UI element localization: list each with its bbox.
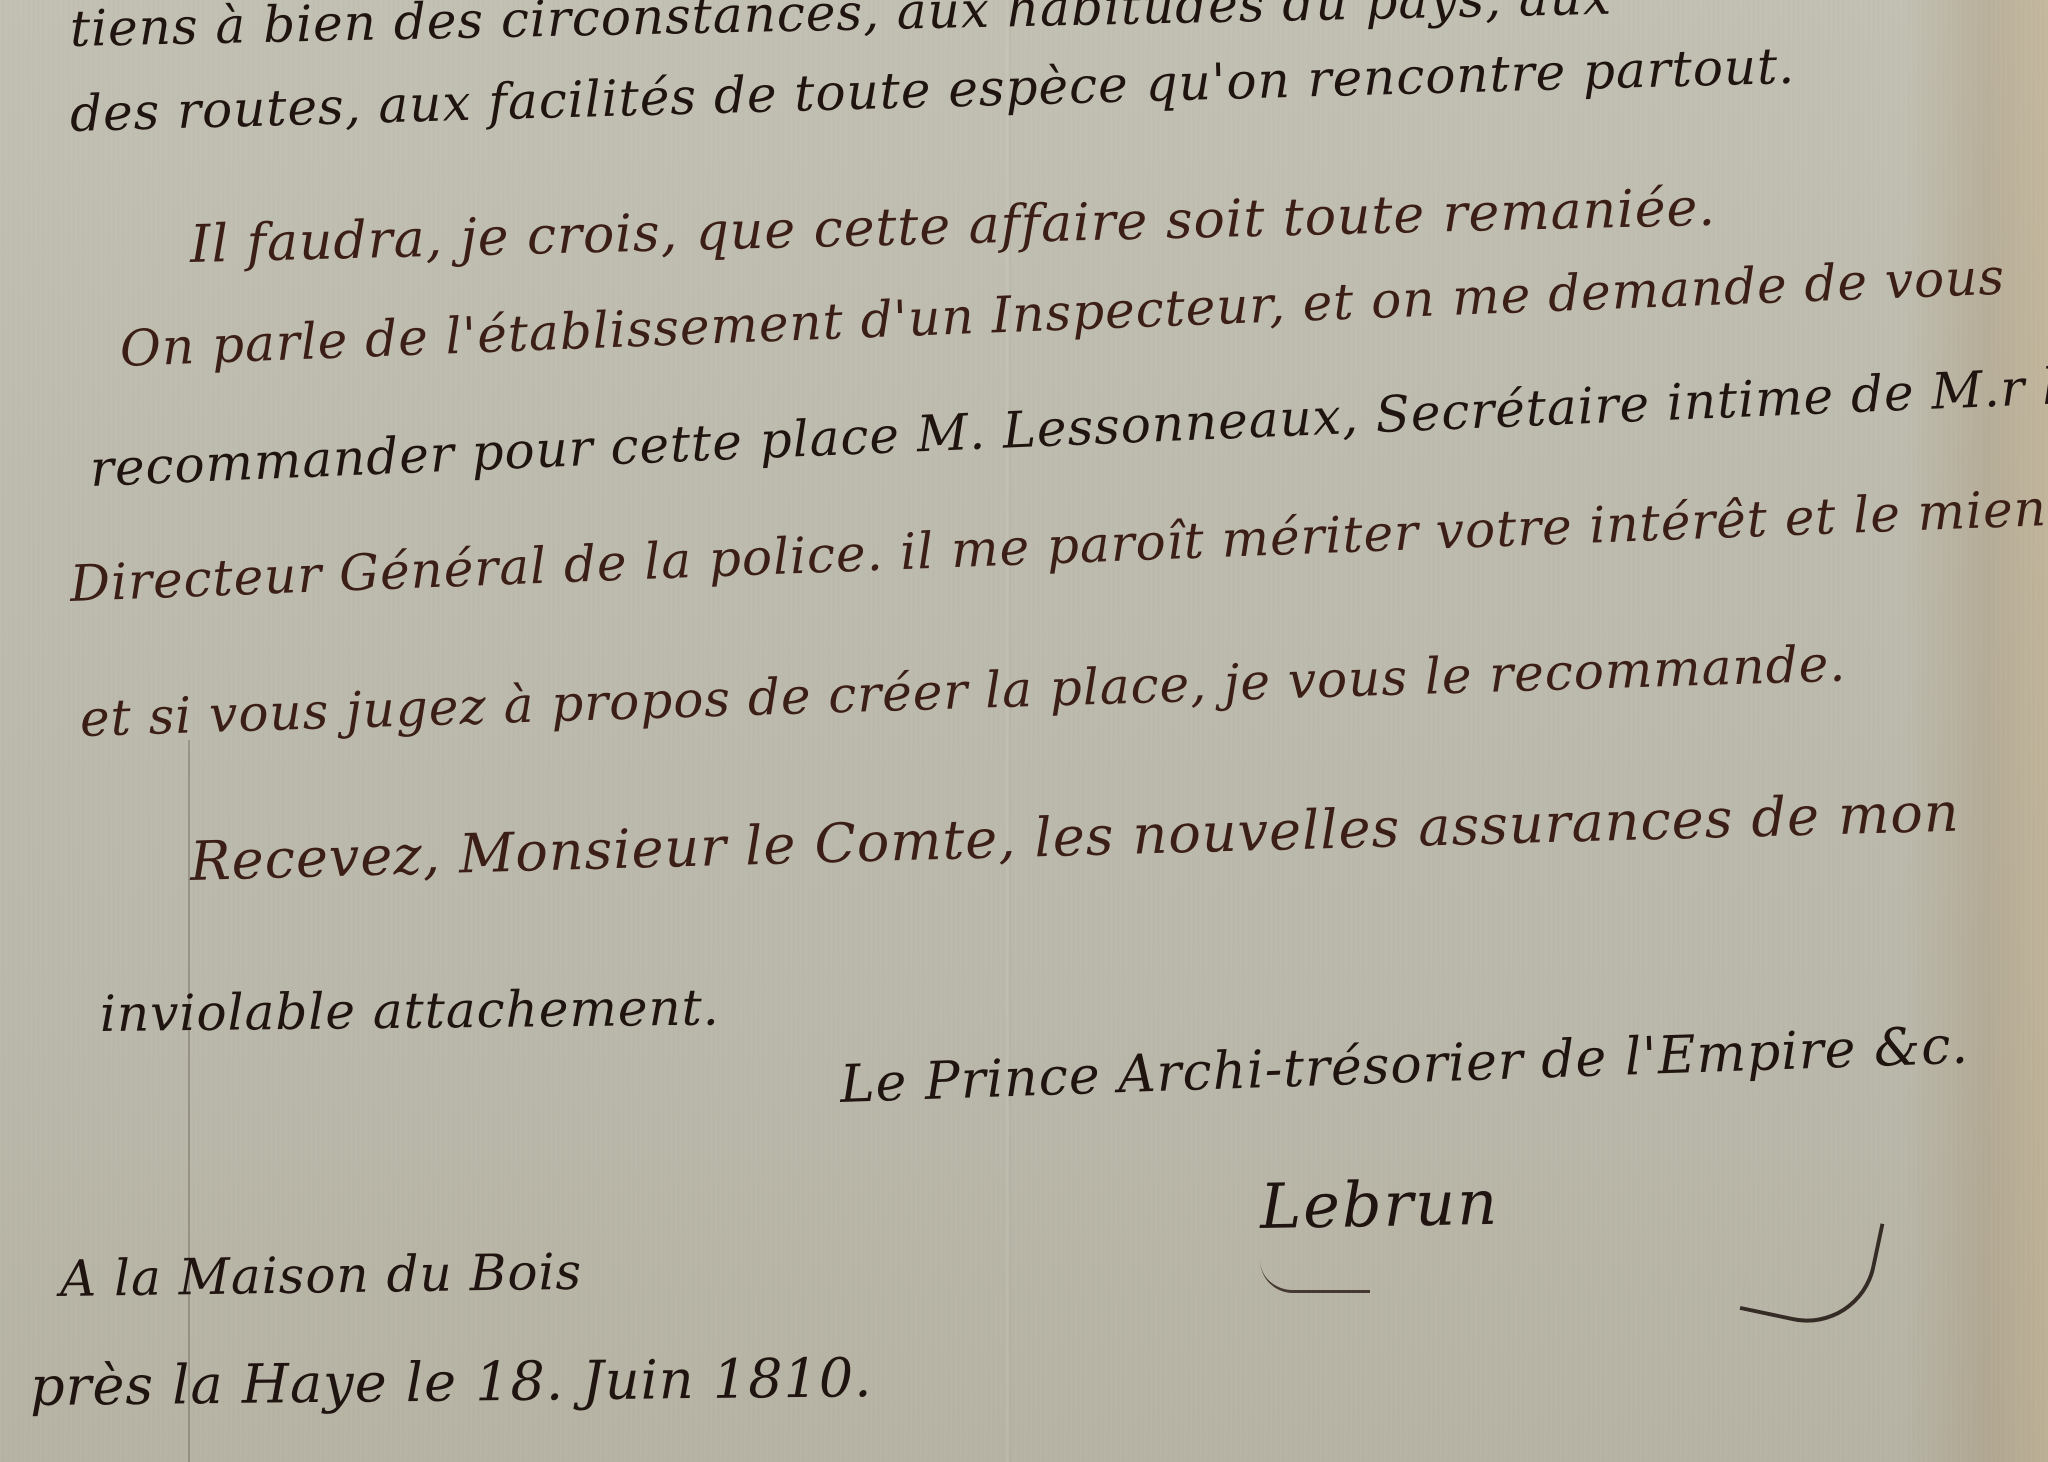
signature: Lebrun xyxy=(1259,1166,1499,1243)
place-line: A la Maison du Bois xyxy=(60,1243,583,1308)
signature-underline-flourish xyxy=(1260,1260,1370,1293)
letter-line-9: inviolable attachement. xyxy=(100,979,720,1043)
date-line: près la Haye le 18. Juin 1810. xyxy=(30,1346,873,1418)
